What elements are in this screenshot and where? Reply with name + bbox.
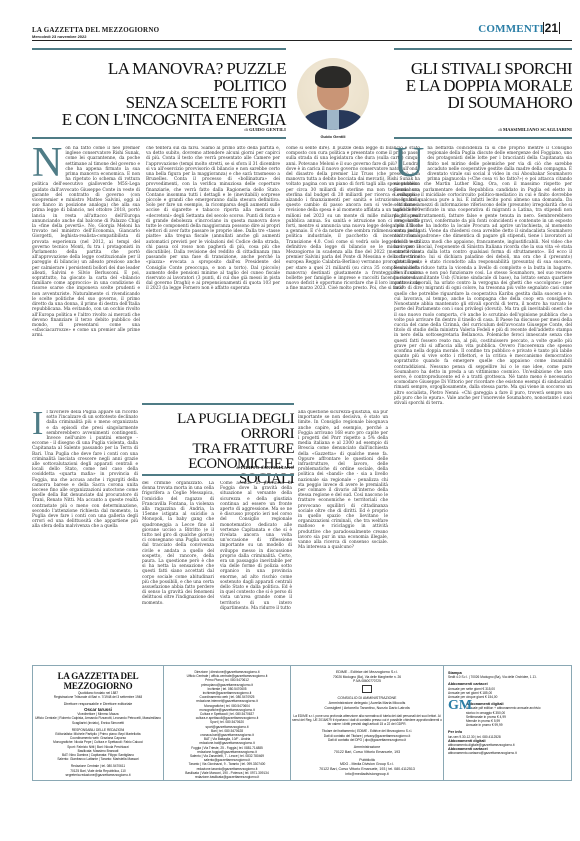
dropcap: I [32,410,43,438]
byline-prefix: di [236,465,240,470]
manovra-column-2: che tenterà sul da farsi. Siamo al primo… [146,146,280,378]
contact-line: redazione.basilicata@gazzettamezzogiorno… [164,775,290,779]
headline-line: GLI STIVALI SPORCHI [394,60,572,77]
headline-line: TRA FRATTURE [142,442,294,457]
headline-line: E LA DOPPIA MORALE [394,77,572,94]
manovra-byline: di GUIDO GENTILI [32,127,286,132]
photo-caption: Guido Gentili [297,134,369,139]
article-text: che tenterà sul da farsi. Siamo al primo… [146,146,280,291]
hq-email-link[interactable]: segreteria.redazione@gazzettamezzogiorno… [33,773,163,777]
stivali-byline: di MASSIMILIANO SCAGLIARINI [394,127,572,132]
puglia-column-3: Come accade in provincia di Foggia dove … [220,481,292,652]
headline-top-bar [32,48,286,50]
stivali-headline: GLI STIVALI SPORCHI E LA DOPPIA MORALE D… [394,60,572,111]
digital-subs-block: GM Abbonamenti digitali Annuale pdf edit… [448,702,572,727]
headline-top-bar [142,403,294,405]
headline-line: LA PUGLIA DEGLI ORRORI [142,412,294,442]
author-name: FILIPPO SANTIGLIANO [241,465,294,470]
author-name: MASSIMILIANO SCAGLIARINI [503,127,572,132]
article-text: del crimine organizzato. La donna trovat… [142,481,214,606]
headline-line: LA MANOVRA? PUZZLE POLITICO [32,60,286,94]
headline-bottom-bar [32,137,286,139]
article-text: alla questione sicurezza-giustizia, sia … [298,410,388,550]
headline-line: DI SOUMAHORO [394,94,572,111]
colophon-publisher: EDIME - Editrice del Mezzogiorno S.r.l. … [291,666,443,780]
privacy-notice: La EDIME s.r.l. pone una profonda attenz… [291,714,443,727]
colophon-subscriptions: Stampa Sedit 4.0 S.r.l. | 70026 Modugno … [444,666,572,780]
article-text: l favoriere della Puglia appare un ricor… [32,410,138,529]
vat-number: P.IVA 08600770725 [291,679,443,683]
section-label: COMMENTI [478,23,544,35]
issue-date: Mercoledì 23 novembre 2022 [32,34,86,39]
author-photo [297,58,369,130]
puglia-column-4: alla questione sicurezza-giustizia, sia … [298,410,388,652]
ads-email-link[interactable]: info@mediadivisiongroup.it [291,772,443,777]
headline-bottom-bar [394,137,572,139]
page-number: 21 [543,22,560,34]
article-text: na beffarda coincidenza fa sì che propri… [394,146,572,406]
headline-line: E CON L'INCOGNITA ENERGIA [32,111,286,128]
newspaper-logo: LA GAZZETTA DEL MEZZOGIORNO [33,671,163,691]
byline-prefix: di [498,127,502,132]
dropcap: N [32,146,62,180]
article-text: Come accade in provincia di Foggia dove … [220,481,292,611]
manovra-column-1: N on ha fatto come il neo premier ingles… [32,146,140,378]
newspaper-title: LA GAZZETTA DEL MEZZOGIORNO [32,26,159,34]
colophon-box: LA GAZZETTA DEL MEZZOGIORNO Quotidiano f… [32,665,572,781]
manovra-headline: LA MANOVRA? PUZZLE POLITICO SENZA SCELTE… [32,60,286,128]
print-contact-email[interactable]: abbonamento.cartaceo@gazzettamezzogiorno… [448,751,572,755]
edime-logo-icon [362,685,372,693]
gm-logo-icon: GM [448,704,472,708]
puglia-column-2: del crimine organizzato. La donna trovat… [142,481,214,652]
headline-bottom-bar [142,474,294,476]
colophon-contacts: Direzione | direzione@gazzettamezzogiorn… [164,666,290,780]
dropcap: U [394,146,424,180]
stivali-column: U na beffarda coincidenza fa sì che prop… [394,146,572,656]
puglia-column-1: I l favoriere della Puglia appare un ric… [32,410,138,652]
puglia-byline: di FILIPPO SANTIGLIANO [142,465,294,470]
author-name: GUIDO GENTILI [249,127,286,132]
header-rule [32,40,572,41]
byline-prefix: di [244,127,248,132]
headline-top-bar [394,48,572,50]
colophon-masthead: LA GAZZETTA DEL MEZZOGIORNO Quotidiano f… [33,666,163,780]
price-line: Annuale in promo € 99,99 [466,723,572,727]
page-header: LA GAZZETTA DEL MEZZOGIORNO Mercoledì 23… [32,26,580,38]
central-office-line: Ufficio Centrale | Roberto Calpista, Arm… [33,716,163,724]
headline-line: SENZA SCELTE FORTI [32,94,286,111]
